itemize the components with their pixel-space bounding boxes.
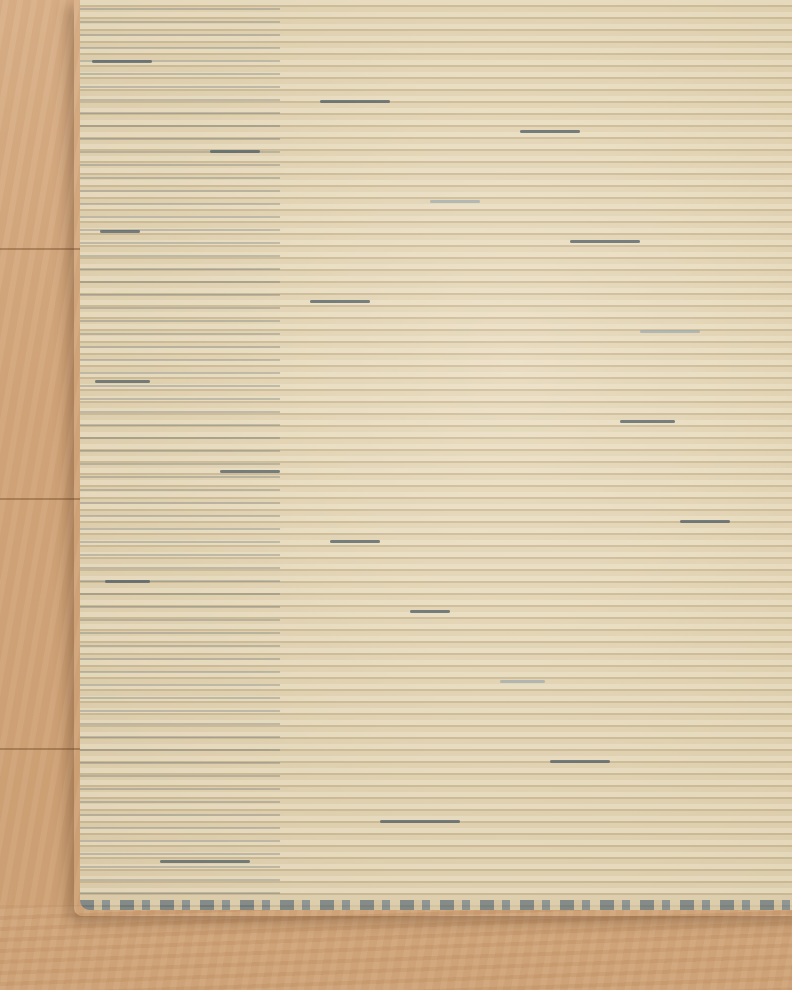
rug-border-band [80,0,280,910]
rug-pattern-mark [220,470,280,473]
floor-plank-seam [0,498,80,500]
rug-pattern-mark [320,100,390,103]
rug [80,0,792,910]
rug-pattern-mark-light [500,680,545,683]
product-photo [0,0,792,990]
rug-pattern-mark-light [430,200,480,203]
rug-pattern-mark [330,540,380,543]
rug-pattern-mark [520,130,580,133]
rug-pattern-mark [380,820,460,823]
wood-floor-grain [0,905,792,990]
rug-bottom-edge [80,900,792,910]
rug-pattern-mark-light [640,330,700,333]
floor-plank-seam [0,248,80,250]
floor-plank-seam [0,748,80,750]
rug-pattern-mark [210,150,260,153]
rug-pattern-mark [310,300,370,303]
rug-pattern-mark [95,380,150,383]
rug-pattern-mark [680,520,730,523]
rug-pattern-mark [100,230,140,233]
rug-pattern-mark [410,610,450,613]
rug-pattern-mark [620,420,675,423]
rug-pattern-mark [105,580,150,583]
rug-pattern-mark [550,760,610,763]
rug-pattern-mark [92,60,152,63]
rug-pattern-mark [570,240,640,243]
rug-pattern-mark [160,860,250,863]
